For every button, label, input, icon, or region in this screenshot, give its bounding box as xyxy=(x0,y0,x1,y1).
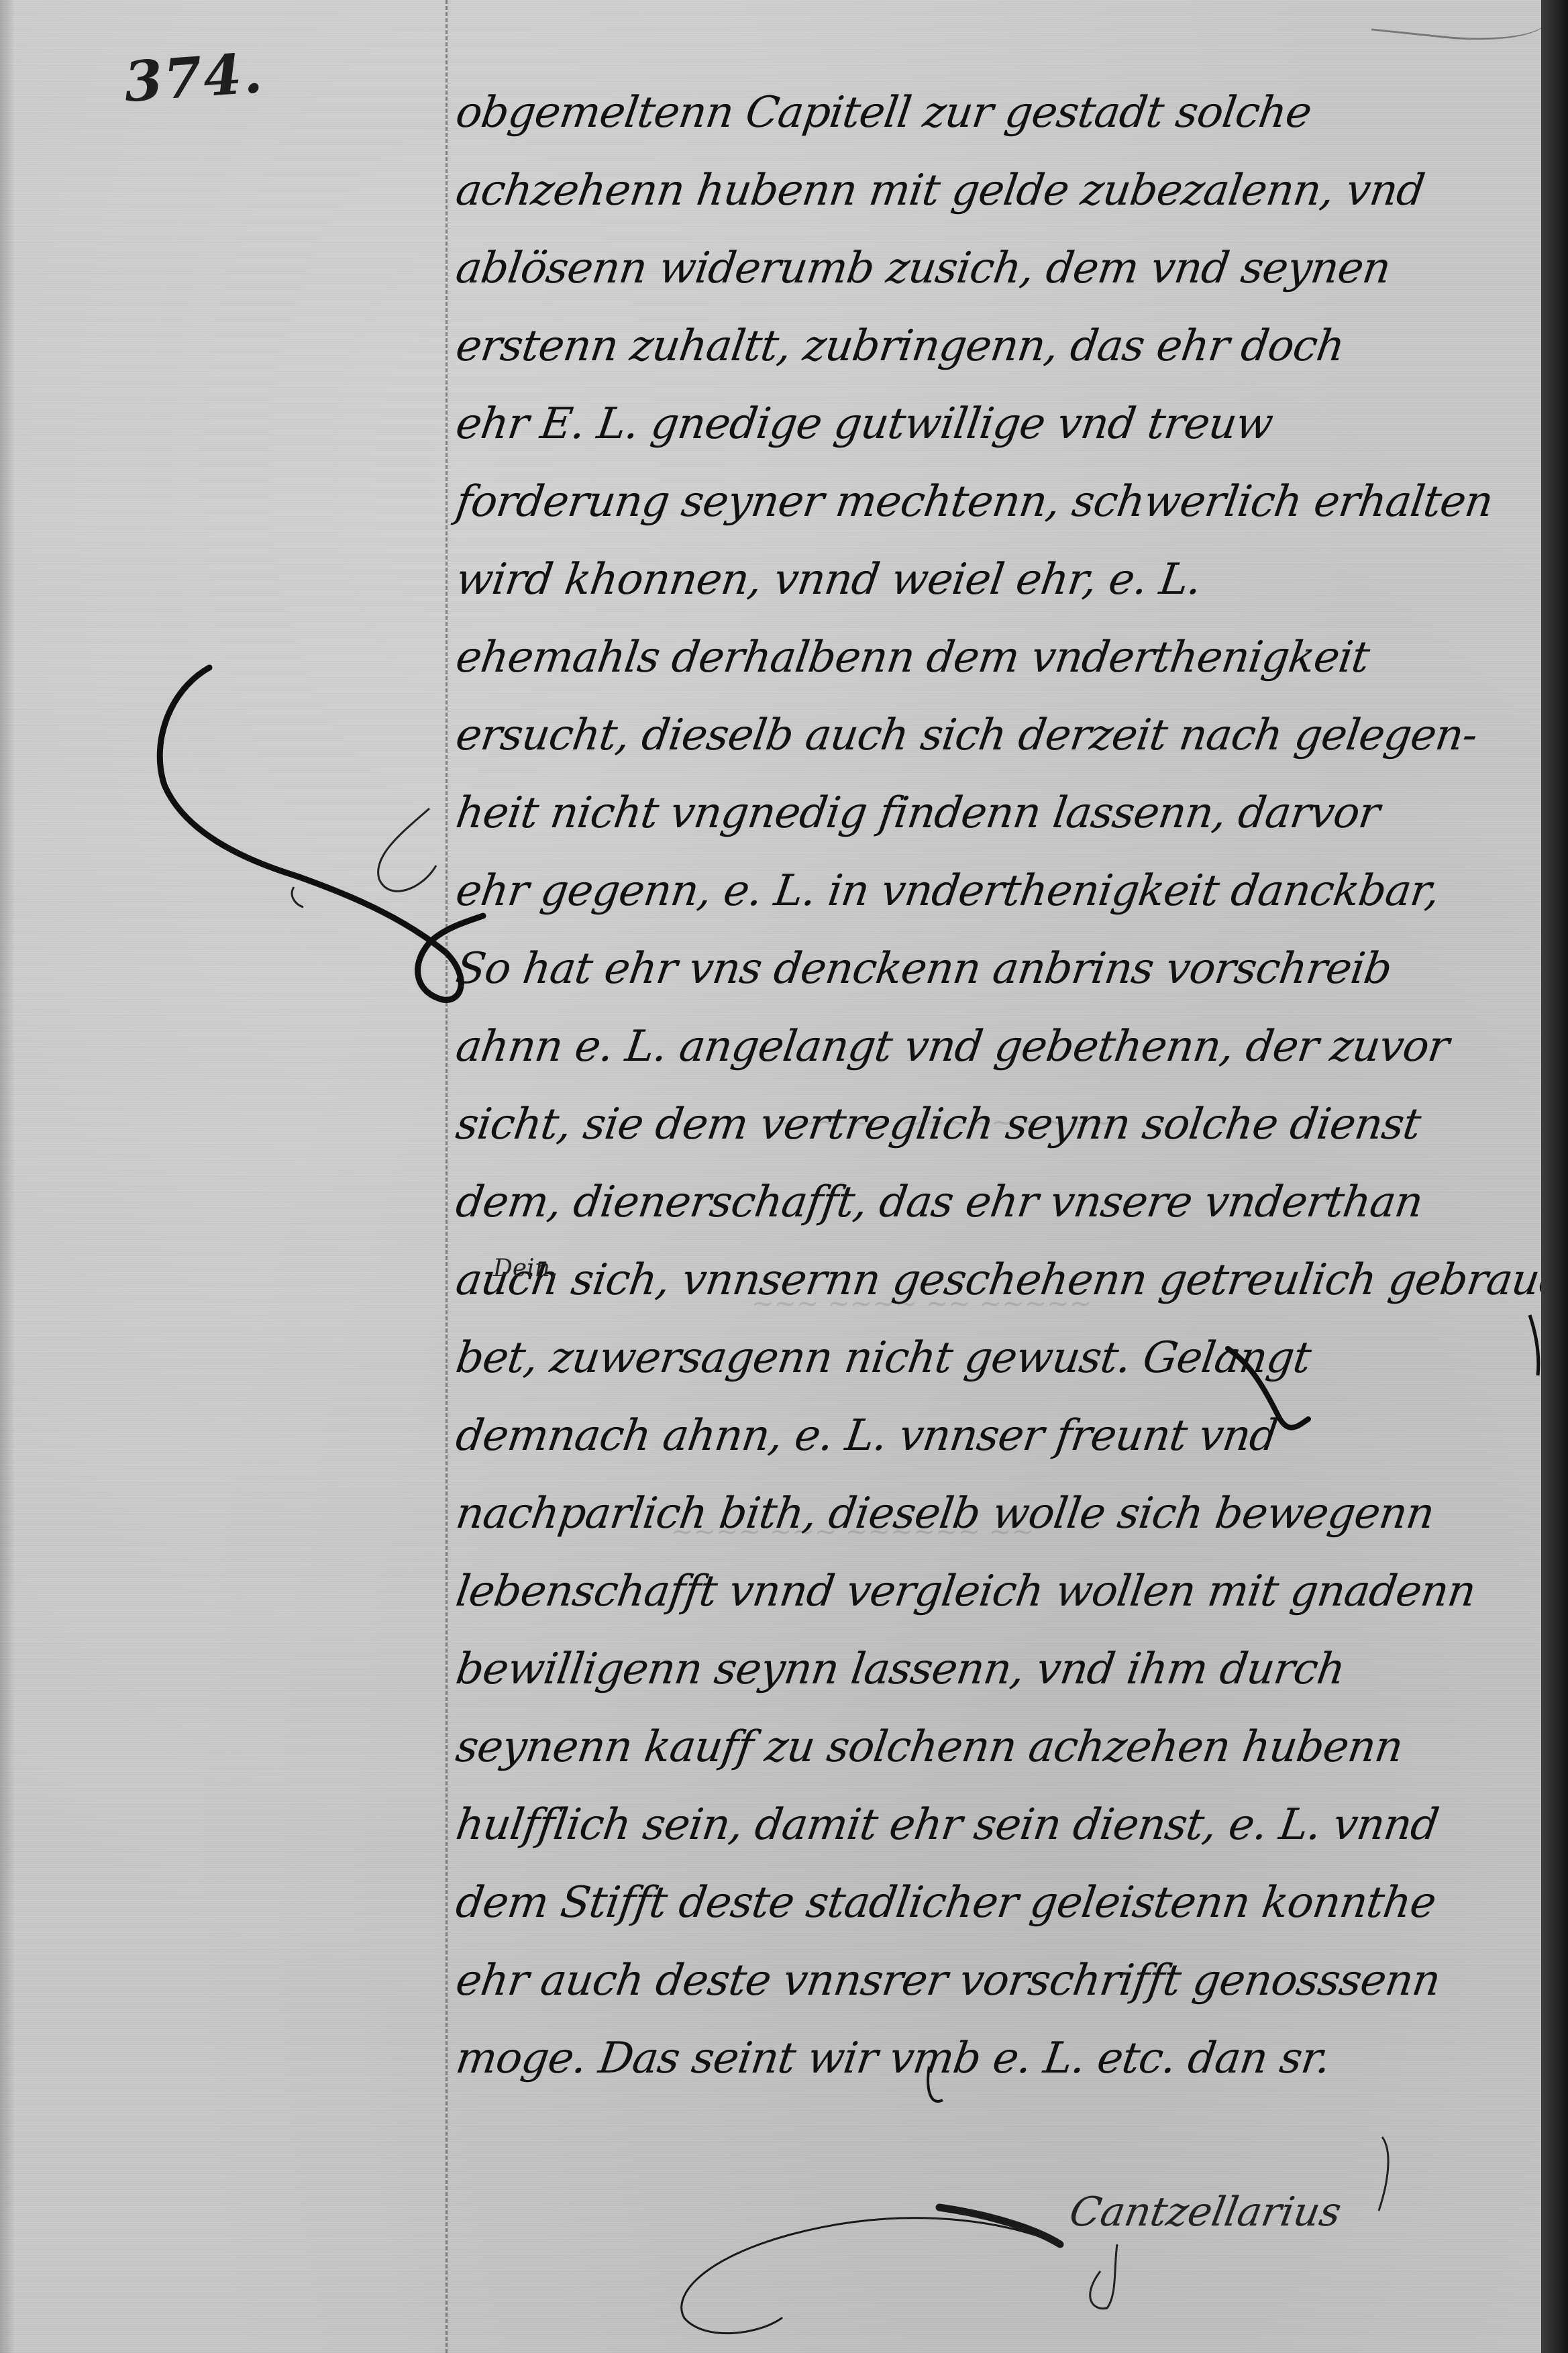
text-line: forderung seyner mechtenn, schwerlich er… xyxy=(451,463,1508,541)
text-line: So hat ehr vns denckenn anbrins vorschre… xyxy=(451,930,1508,1008)
text-line: hulfflich sein, damit ehr sein dienst, e… xyxy=(451,1786,1508,1864)
text-line: ehr E. L. gnedige gutwillige vnd treuw xyxy=(451,385,1508,463)
text-line: ahnn e. L. angelangt vnd gebethenn, der … xyxy=(451,1008,1508,1086)
text-line: nachparlich bith, dieselb wolle sich bew… xyxy=(451,1475,1508,1553)
text-line: wird khonnen, vnnd weiel ehr, e. L. xyxy=(451,541,1508,619)
text-line: ehemahls derhalbenn dem vnderthenigkeit xyxy=(451,619,1508,696)
text-line: bet, zuwersagenn nicht gewust. Gelangt xyxy=(451,1319,1508,1397)
text-line: obgemeltenn Capitell zur gestadt solche xyxy=(451,74,1508,152)
manuscript-page: ~~~ ~~ ~~~~~ ~~~~ ~~~ ~~~~ ~~ ~~~~~ ~~~~… xyxy=(0,0,1545,2353)
folio-number: 374. xyxy=(122,41,266,115)
manuscript-body: obgemeltenn Capitell zur gestadt solche … xyxy=(451,74,1498,2097)
signature-text: Cantzellarius xyxy=(1066,2189,1345,2236)
text-line: erstenn zuhaltt, zubringenn, das ehr doc… xyxy=(451,307,1508,385)
text-line: seynenn kauff zu solchenn achzehen huben… xyxy=(451,1708,1508,1786)
text-line: achzehenn hubenn mit gelde zubezalenn, v… xyxy=(451,152,1508,229)
text-line: ehr auch deste vnnsrer vorschrifft genos… xyxy=(451,1942,1508,2020)
text-line: ablösenn widerumb zusich, dem vnd seynen xyxy=(451,229,1508,307)
text-line: auch sich, vnnsernn geschehenn getreulic… xyxy=(451,1241,1508,1319)
page-edge-shadow xyxy=(1541,0,1568,2353)
text-line: lebenschafft vnnd vergleich wollen mit g… xyxy=(451,1553,1508,1630)
text-line: sicht, sie dem vertreglich seynn solche … xyxy=(451,1086,1508,1163)
text-line: dem, dienerschafft, das ehr vnsere vnder… xyxy=(451,1163,1508,1241)
text-line: demnach ahnn, e. L. vnnser freunt vnd xyxy=(451,1397,1508,1475)
interlinear-insertion: Dein, xyxy=(493,1255,558,1282)
folio-number-text: 374. xyxy=(122,41,266,115)
signature: Cantzellarius xyxy=(1066,2189,1345,2236)
text-line: dem Stifft deste stadlicher geleistenn k… xyxy=(451,1864,1508,1942)
page-corner-fold xyxy=(1371,0,1545,49)
text-line: bewilligenn seynn lassenn, vnd ihm durch xyxy=(451,1630,1508,1708)
text-line: heit nicht vngnedig findenn lassenn, dar… xyxy=(451,774,1508,852)
text-line: ehr gegenn, e. L. in vnderthenigkeit dan… xyxy=(451,852,1508,930)
text-line: ersucht, dieselb auch sich derzeit nach … xyxy=(451,696,1508,774)
signature-flourish-icon xyxy=(682,2218,1060,2334)
margin-flourish-icon xyxy=(160,668,483,1000)
margin-rule-line xyxy=(446,0,448,2353)
closing-line: moge. Das seint wir vmb e. L. etc. dan s… xyxy=(451,2020,1508,2097)
